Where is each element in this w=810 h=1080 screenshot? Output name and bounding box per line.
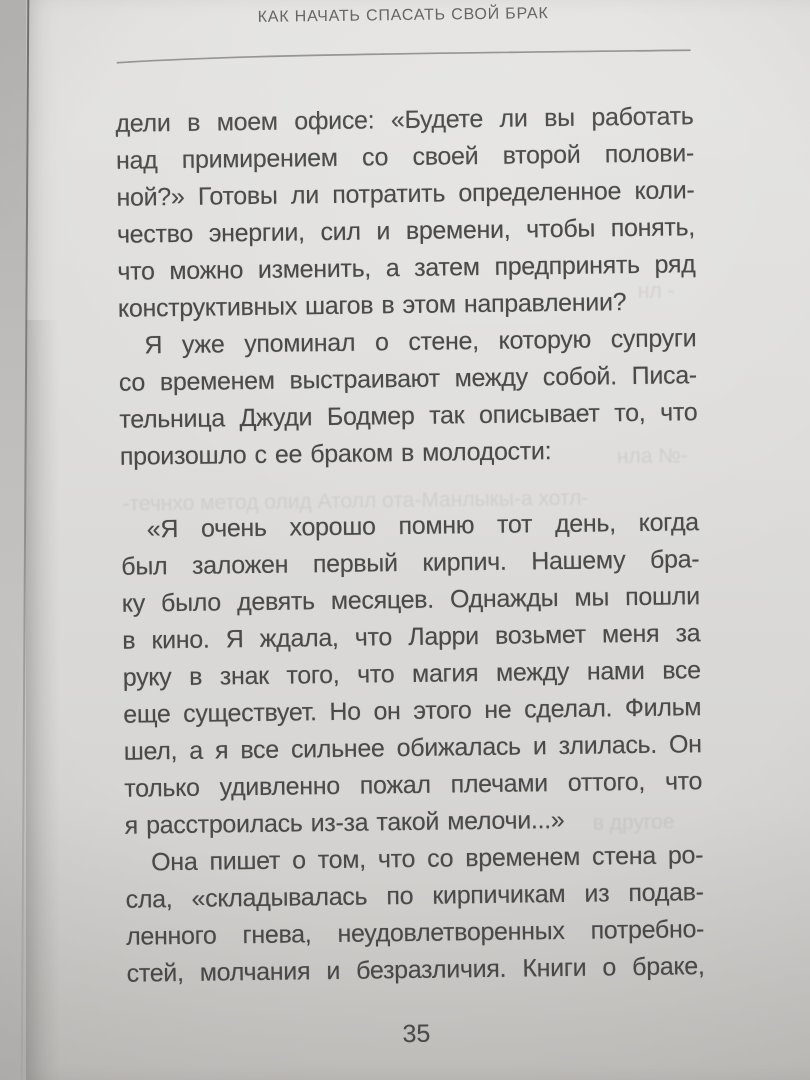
paragraph-bodmer-quote: «Я очень хорошо помню тот день, когдабыл… bbox=[121, 504, 703, 845]
text-line: только удивленно пожал плечами оттого, ч… bbox=[124, 763, 702, 808]
text-line: стей, молчания и безразличия. Книги о бр… bbox=[126, 948, 704, 993]
book-page-photo: КАК НАЧАТЬ СПАСАТЬ СВОЙ БРАК дели в моем… bbox=[0, 0, 810, 1080]
paragraph-wall-grew: Она пишет о том, что со временем стена р… bbox=[125, 837, 705, 993]
paragraph-questions: дели в моем офисе: «Будете ли вы работат… bbox=[115, 98, 696, 328]
text-line: тельница Джуди Бодмер так описывает то, … bbox=[119, 394, 697, 439]
text-line: произошло с ее браком в молодости: bbox=[120, 431, 698, 476]
paragraph-wall-intro: Я уже упоминал о стене, которую супругис… bbox=[118, 320, 698, 476]
page-number: 35 bbox=[127, 1016, 705, 1053]
page-content: КАК НАЧАТЬ СПАСАТЬ СВОЙ БРАК дели в моем… bbox=[114, 2, 706, 1079]
header-rule bbox=[115, 42, 693, 66]
text-block: дели в моем офисе: «Будете ли вы работат… bbox=[115, 98, 705, 992]
